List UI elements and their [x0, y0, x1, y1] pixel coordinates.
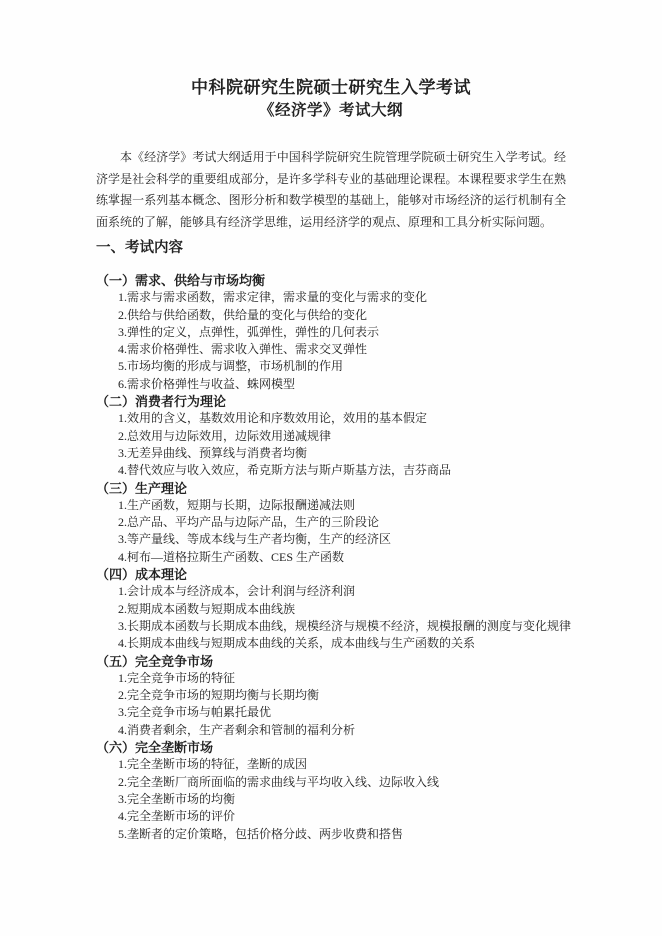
outline-item: 4.消费者剩余，生产者剩余和管制的福利分析: [96, 722, 566, 739]
outline-item: 1.会计成本与经济成本，会计利润与经济利润: [96, 583, 566, 600]
outline-item: 3.无差异曲线、预算线与消费者均衡: [96, 445, 566, 462]
section-heading: （五）完全竞争市场: [96, 653, 566, 670]
outline-item: 3.等产量线、等成本线与生产者均衡，生产的经济区: [96, 531, 566, 548]
outline-item: 6.需求价格弹性与收益、蛛网模型: [96, 376, 566, 393]
outline-item: 1.生产函数，短期与长期，边际报酬递减法则: [96, 497, 566, 514]
outline-item: 2.总效用与边际效用，边际效用递减规律: [96, 428, 566, 445]
section-heading: （六）完全垄断市场: [96, 739, 566, 756]
document-subtitle: 《经济学》考试大纲: [96, 100, 566, 122]
outline-item: 1.完全竞争市场的特征: [96, 670, 566, 687]
part-heading-exam-content: 一、考试内容: [96, 239, 566, 257]
outline-sections: （一）需求、供给与市场均衡1.需求与需求函数，需求定律，需求量的变化与需求的变化…: [96, 272, 566, 843]
intro-paragraph: 本《经济学》考试大纲适用于中国科学院研究生院管理学院硕士研究生入学考试。经济学是…: [96, 147, 566, 233]
outline-item: 4.长期成本曲线与短期成本曲线的关系，成本曲线与生产函数的关系: [96, 635, 566, 652]
outline-item: 4.需求价格弹性、需求收入弹性、需求交叉弹性: [96, 341, 566, 358]
section-heading: （四）成本理论: [96, 566, 566, 583]
outline-item: 3.长期成本函数与长期成本曲线，规模经济与规模不经济，规模报酬的测度与变化规律: [96, 618, 566, 635]
outline-item: 5.市场均衡的形成与调整，市场机制的作用: [96, 358, 566, 375]
outline-item: 2.供给与供给函数，供给量的变化与供给的变化: [96, 307, 566, 324]
outline-item: 5.垄断者的定价策略，包括价格分歧、两步收费和搭售: [96, 826, 566, 843]
outline-item: 1.完全垄断市场的特征，垄断的成因: [96, 756, 566, 773]
outline-item: 1.需求与需求函数，需求定律，需求量的变化与需求的变化: [96, 289, 566, 306]
section-heading: （一）需求、供给与市场均衡: [96, 272, 566, 289]
outline-item: 1.效用的含义，基数效用论和序数效用论，效用的基本假定: [96, 410, 566, 427]
outline-item: 2.总产品、平均产品与边际产品，生产的三阶段论: [96, 514, 566, 531]
outline-item: 2.完全垄断厂商所面临的需求曲线与平均收入线、边际收入线: [96, 774, 566, 791]
document-title: 中科院研究生院硕士研究生入学考试: [96, 76, 566, 100]
document-page: 中科院研究生院硕士研究生入学考试 《经济学》考试大纲 本《经济学》考试大纲适用于…: [0, 0, 662, 936]
section-heading: （二）消费者行为理论: [96, 393, 566, 410]
outline-item: 3.弹性的定义，点弹性，弧弹性，弹性的几何表示: [96, 324, 566, 341]
outline-item: 3.完全垄断市场的均衡: [96, 791, 566, 808]
outline-item: 3.完全竞争市场与帕累托最优: [96, 704, 566, 721]
outline-item: 4.柯布—道格拉斯生产函数、CES 生产函数: [96, 549, 566, 566]
outline-item: 2.短期成本函数与短期成本曲线族: [96, 601, 566, 618]
outline-item: 4.替代效应与收入效应，希克斯方法与斯卢斯基方法，吉芬商品: [96, 462, 566, 479]
outline-item: 2.完全竞争市场的短期均衡与长期均衡: [96, 687, 566, 704]
section-heading: （三）生产理论: [96, 480, 566, 497]
outline-item: 4.完全垄断市场的评价: [96, 808, 566, 825]
